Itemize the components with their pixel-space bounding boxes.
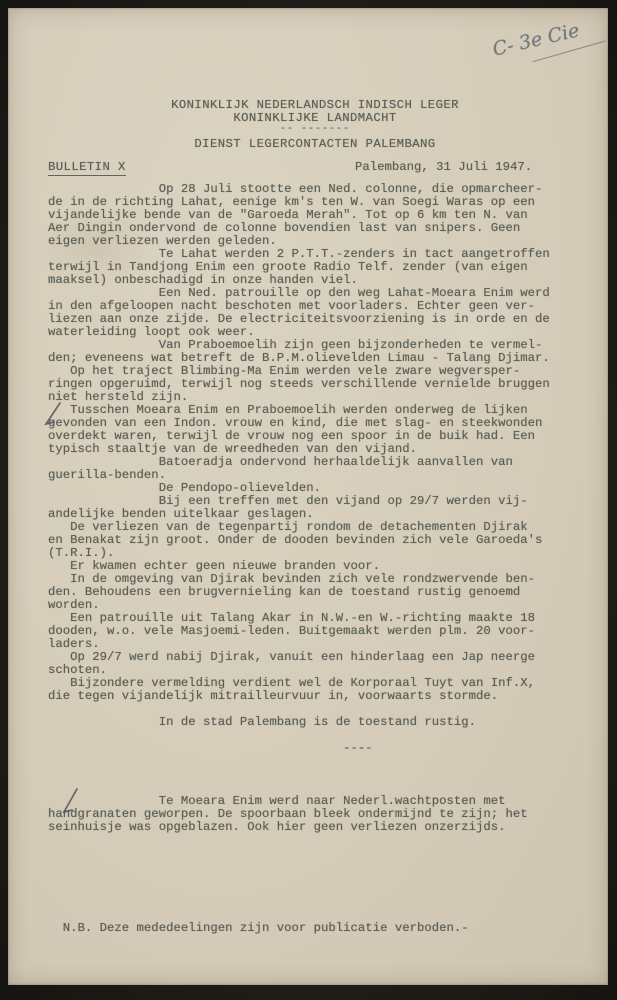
typed-paragraph: Tusschen Moeara Enim en Praboemoelih wer… (48, 404, 588, 456)
handwritten-slash-mark (58, 786, 84, 816)
typed-paragraph: In de stad Palembang is de toestand rust… (48, 703, 588, 729)
addendum-paragraph: Te Moeara Enim werd naar Nederl.wachtpos… (48, 795, 588, 834)
typed-paragraph: Een Ned. patrouille op den weg Lahat-Moe… (48, 287, 588, 339)
typed-paragraph: Bijzondere vermelding verdient wel de Ko… (48, 677, 588, 703)
typed-paragraph: De verliezen van de tegenpartij rondom d… (48, 521, 588, 560)
typed-paragraph: Batoeradja ondervond herhaaldelijk aanva… (48, 456, 588, 482)
typed-paragraph: Bij een treffen met den vijand op 29/7 w… (48, 495, 588, 521)
typed-paragraph: Op 28 Juli stootte een Ned. colonne, die… (48, 183, 588, 248)
document-page: C- 3e Cie KONINKLIJK NEDERLANDSCH INDISC… (8, 8, 608, 985)
bulletin-title: BULLETIN X (48, 160, 126, 176)
typed-paragraph: Een patrouille uit Talang Akar in N.W.-e… (48, 612, 588, 651)
dateline: Palembang, 31 Juli 1947. (355, 161, 532, 174)
typed-paragraph: In de omgeving van Djirak bevinden zich … (48, 573, 588, 612)
typed-paragraph: Op 29/7 werd nabij Djirak, vanuit een hi… (48, 651, 588, 677)
typed-paragraph: Te Lahat werden 2 P.T.T.-zenders in tact… (48, 248, 588, 287)
publication-restriction-note: N.B. Deze mededeelingen zijn voor public… (48, 922, 588, 935)
handwritten-slash-mark (40, 400, 66, 428)
service-line: DIENST LEGERCONTACTEN PALEMBANG (22, 138, 608, 151)
handwritten-corner-note: C- 3e Cie (490, 10, 617, 84)
bulletin-title-row: BULLETIN X Palembang, 31 Juli 1947. (48, 161, 578, 176)
scan-background: C- 3e Cie KONINKLIJK NEDERLANDSCH INDISC… (0, 0, 617, 1000)
header-divider: -- ------- (22, 125, 608, 134)
handwritten-note-text: C- 3e Cie (490, 19, 581, 60)
document-header: KONINKLIJK NEDERLANDSCH INDISCH LEGER KO… (8, 99, 608, 151)
typed-paragraph: Op het traject Blimbing-Ma Enim werden v… (48, 365, 588, 404)
typed-paragraph: Van Praboemoelih zijn geen bijzonderhede… (48, 339, 588, 365)
typed-paragraph: ---- (48, 729, 588, 755)
bulletin-body: Op 28 Juli stootte een Ned. colonne, die… (48, 183, 588, 755)
